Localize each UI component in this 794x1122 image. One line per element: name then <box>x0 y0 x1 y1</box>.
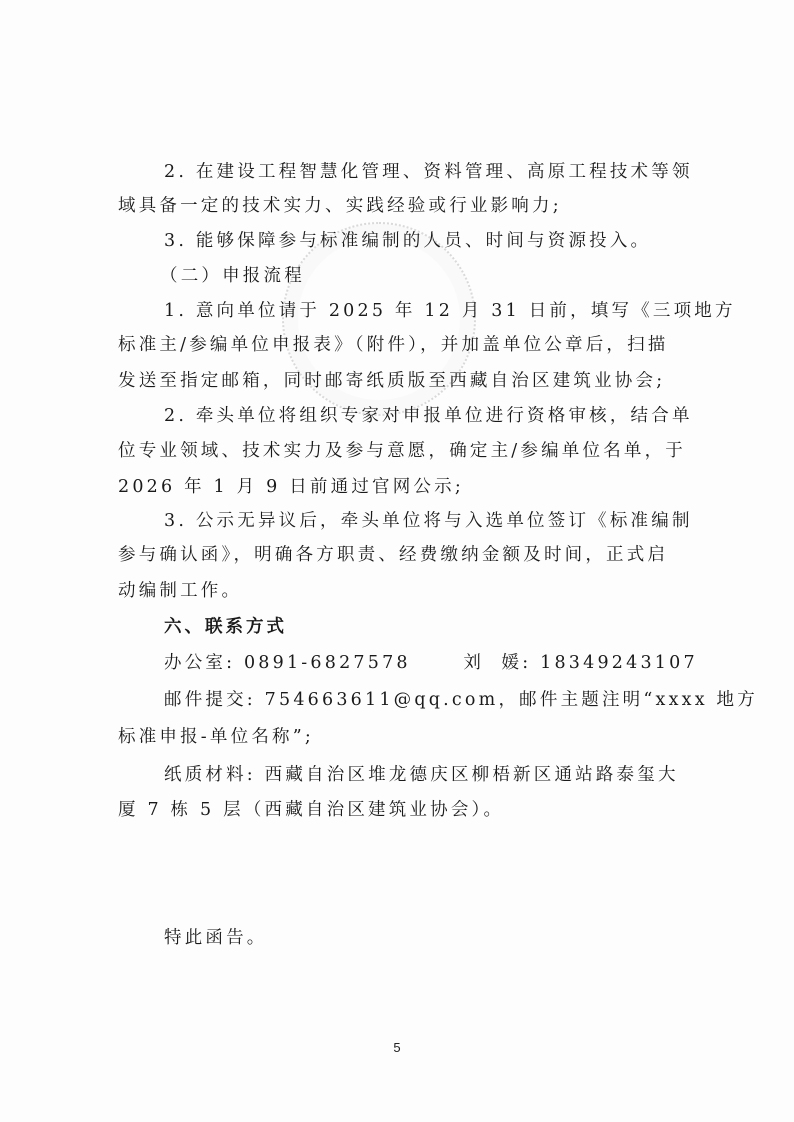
document-page: 2. 在建设工程智慧化管理、资料管理、高原工程技术等领 域具备一定的技术实力、实… <box>0 0 794 1122</box>
process-step-3-line-3: 动编制工作。 <box>118 580 242 602</box>
requirement-3: 3. 能够保障参与标准编制的人员、时间与资源投入。 <box>164 230 651 252</box>
closing-remark: 特此函告。 <box>164 927 268 949</box>
section-application-process-heading: （二）申报流程 <box>160 265 305 287</box>
process-step-1-line-1: 1. 意向单位请于 2025 年 12 月 31 日前，填写《三项地方 <box>164 300 736 322</box>
requirement-2-line-2: 域具备一定的技术实力、实践经验或行业影响力; <box>118 195 562 217</box>
process-step-3-line-1: 3. 公示无异议后，牵头单位将与入选单位签订《标准编制 <box>164 510 693 532</box>
requirement-2-line-1: 2. 在建设工程智慧化管理、资料管理、高原工程技术等领 <box>164 161 693 183</box>
process-step-1-line-3: 发送至指定邮箱，同时邮寄纸质版至西藏自治区建筑业协会; <box>118 370 665 392</box>
page-number: 5 <box>0 1040 794 1055</box>
process-step-2-line-2: 位专业领域、技术实力及参与意愿，确定主/参编单位名单，于 <box>118 440 686 462</box>
contact-email-line-2: 标准申报-单位名称”; <box>118 726 314 748</box>
section-contact-heading: 六、联系方式 <box>164 616 287 638</box>
process-step-2-line-3: 2026 年 1 月 9 日前通过官网公示; <box>118 476 464 498</box>
contact-address-line-1: 纸质材料: 西藏自治区堆龙德庆区柳梧新区通站路泰玺大 <box>164 764 679 786</box>
contact-address-line-2: 厦 7 栋 5 层（西藏自治区建筑业协会）。 <box>118 799 504 821</box>
process-step-3-line-2: 参与确认函》，明确各方职责、经费缴纳金额及时间，正式启 <box>118 544 668 566</box>
contact-email-line-1: 邮件提交: 754663611@qq.com，邮件主题注明“xxxx 地方 <box>164 689 758 711</box>
process-step-1-line-2: 标准主/参编单位申报表》（附件），并加盖单位公章后，扫描 <box>118 334 669 356</box>
contact-phone-line: 办公室: 0891-6827578 刘 媛: 18349243107 <box>164 652 698 674</box>
process-step-2-line-1: 2. 牵头单位将组织专家对申报单位进行资格审核，结合单 <box>164 405 693 427</box>
